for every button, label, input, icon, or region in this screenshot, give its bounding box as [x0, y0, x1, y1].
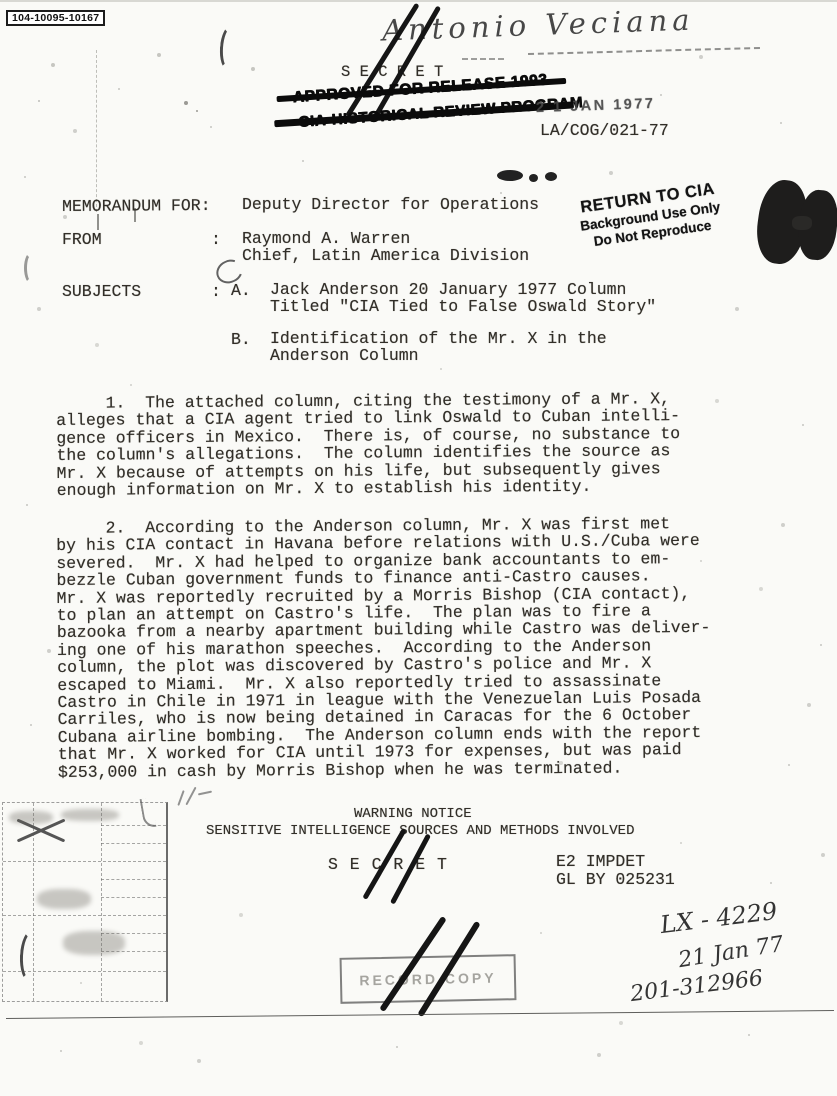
classification-marking-top: S E C R E T	[341, 63, 443, 81]
illegible-smudge	[61, 809, 119, 821]
from-title: Chief, Latin America Division	[242, 247, 529, 264]
ink-smudge	[529, 174, 538, 182]
illegible-smudge	[9, 811, 53, 824]
illegible-smudge	[63, 931, 125, 955]
handwritten-reference-number: LX - 4229	[659, 897, 779, 939]
grid-line	[101, 879, 166, 880]
scanned-memo-page: 104-10095-10167 Antonio Veciana S E C R …	[0, 0, 837, 1096]
pen-scribble	[198, 791, 212, 796]
margin-tick	[97, 214, 99, 230]
subjects-colon: :	[211, 283, 221, 300]
illegible-smudge	[37, 889, 91, 909]
grid-line	[3, 861, 166, 862]
scan-noise-speckles	[0, 2, 2, 4]
record-copy-stamp-label: RECORD COPY	[359, 970, 497, 989]
paragraph-1: 1. The attached column, citing the testi…	[56, 389, 767, 499]
warning-notice-line2: SENSITIVE INTELLIGENCE SOURCES AND METHO…	[206, 823, 634, 839]
handwritten-strike-line-short	[462, 58, 504, 60]
subject-b-label: B.	[231, 331, 251, 348]
ink-smudge	[545, 172, 557, 181]
file-reference-number: LA/COG/021-77	[540, 121, 669, 140]
pen-scribble	[177, 790, 184, 806]
subject-a-line2: Titled "CIA Tied to False Oswald Story"	[270, 298, 656, 315]
return-to-cia-stamp: RETURN TO CIA Background Use Only Do Not…	[549, 175, 751, 256]
record-id-stamp: 104-10095-10167	[6, 10, 105, 26]
date-received-stamp: 2 1 JAN 1977	[536, 96, 656, 116]
subject-a-line1: Jack Anderson 20 January 1977 Column	[270, 281, 626, 298]
ink-smudge	[497, 170, 523, 181]
subject-b-line1: Identification of the Mr. X in the	[270, 330, 607, 347]
ink-blob	[792, 216, 812, 230]
pen-mark-paren	[24, 252, 40, 284]
pen-scribble	[185, 787, 196, 806]
fold-line	[96, 50, 97, 212]
paragraph-2: 2. According to the Anderson column, Mr.…	[56, 514, 768, 781]
warning-notice-line1: WARNING NOTICE	[354, 806, 472, 822]
memo-for-value: Deputy Director for Operations	[242, 196, 539, 213]
handwritten-201-file-number: 201-312966	[629, 966, 764, 1007]
from-name: Raymond A. Warren	[242, 230, 410, 247]
handwritten-date: 21 Jan 77	[677, 932, 786, 973]
from-label: FROM	[62, 231, 102, 248]
subject-a-label: A.	[231, 282, 251, 299]
control-marking-classified-by: GL BY 025231	[556, 871, 675, 889]
subject-b-line2: Anderson Column	[270, 347, 419, 364]
pen-mark-paren	[218, 25, 241, 70]
subjects-label: SUBJECTS	[62, 283, 141, 300]
grid-line	[3, 915, 166, 916]
grid-line	[101, 897, 166, 898]
handwritten-strike-line	[528, 47, 760, 55]
from-colon: :	[211, 231, 221, 248]
grid-line	[101, 843, 166, 844]
memo-for-label: MEMORANDUM FOR:	[62, 197, 211, 215]
control-marking-e2: E2 IMPDET	[556, 853, 645, 871]
